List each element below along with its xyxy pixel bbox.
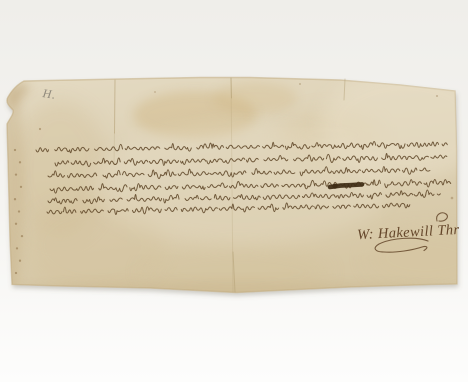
manuscript-photo-canvas: W: Hakewill Thr H. [0,0,468,382]
parchment: W: Hakewill Thr H. [0,70,468,302]
manuscript-photo: W: Hakewill Thr H. [0,0,468,382]
pencil-inventory-mark: H. [41,86,57,102]
